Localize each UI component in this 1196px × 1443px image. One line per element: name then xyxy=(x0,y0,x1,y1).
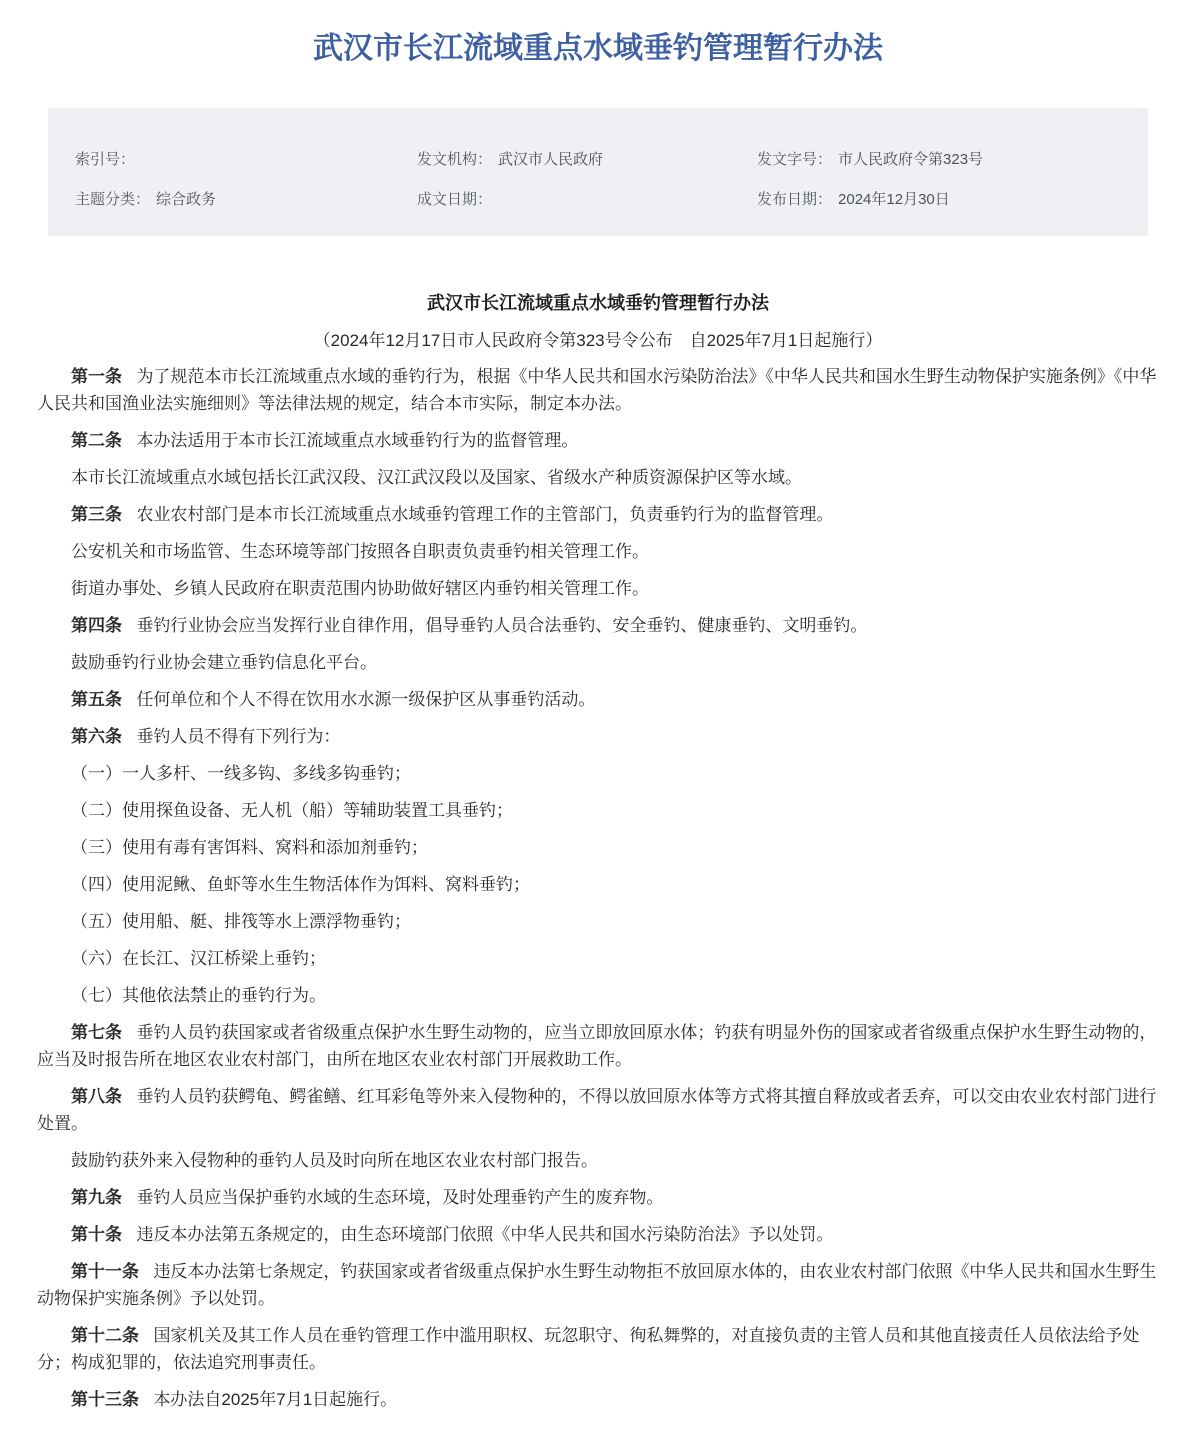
article-text: 本办法自2025年7月1日起施行。 xyxy=(153,1390,397,1409)
article-paragraph: 第十三条本办法自2025年7月1日起施行。 xyxy=(37,1386,1159,1413)
article-number: 第五条 xyxy=(71,690,122,709)
info-label: 发文字号： xyxy=(757,151,832,168)
article-text: （五）使用船、艇、排筏等水上漂浮物垂钓； xyxy=(71,912,411,931)
info-label: 成文日期： xyxy=(417,191,492,208)
article-text: 本办法适用于本市长江流域重点水域垂钓行为的监督管理。 xyxy=(136,431,578,450)
article-text: 国家机关及其工作人员在垂钓管理工作中滥用职权、玩忽职守、徇私舞弊的，对直接负责的… xyxy=(37,1326,1139,1372)
article-text: 垂钓人员钓获国家或者省级重点保护水生野生动物的，应当立即放回原水体；钓获有明显外… xyxy=(37,1023,1156,1069)
article-text: （七）其他依法禁止的垂钓行为。 xyxy=(71,986,326,1005)
article-text: 任何单位和个人不得在饮用水水源一级保护区从事垂钓活动。 xyxy=(136,690,595,709)
article-number: 第三条 xyxy=(71,505,122,524)
article-text: 违反本办法第五条规定的，由生态环境部门依照《中华人民共和国水污染防治法》予以处罚… xyxy=(136,1225,833,1244)
info-field: 索引号： xyxy=(75,150,417,170)
article-paragraph: 第一条为了规范本市长江流域重点水域的垂钓行为，根据《中华人民共和国水污染防治法》… xyxy=(37,363,1159,417)
info-value: 综合政务 xyxy=(156,191,216,208)
article-text: 垂钓行业协会应当发挥行业自律作用，倡导垂钓人员合法垂钓、安全垂钓、健康垂钓、文明… xyxy=(136,616,867,635)
article-paragraph: 第十二条国家机关及其工作人员在垂钓管理工作中滥用职权、玩忽职守、徇私舞弊的，对直… xyxy=(37,1322,1159,1376)
article-text: 违反本办法第七条规定，钓获国家或者省级重点保护水生野生动物拒不放回原水体的，由农… xyxy=(37,1262,1156,1308)
info-label: 主题分类： xyxy=(75,191,150,208)
info-field: 发文机构：武汉市人民政府 xyxy=(417,150,757,170)
info-label: 索引号： xyxy=(75,151,135,168)
doc-info-panel: 索引号： 发文机构：武汉市人民政府 发文字号：市人民政府令第323号 主题分类：… xyxy=(48,108,1148,236)
article-text: （六）在长江、汉江桥梁上垂钓； xyxy=(71,949,326,968)
info-field: 发布日期：2024年12月30日 xyxy=(757,190,1122,210)
article-text: 鼓励垂钓行业协会建立垂钓信息化平台。 xyxy=(71,653,377,672)
info-value: 2024年12月30日 xyxy=(838,191,950,208)
article-paragraph: 公安机关和市场监管、生态环境等部门按照各自职责负责垂钓相关管理工作。 xyxy=(37,538,1159,565)
article-paragraph: （二）使用探鱼设备、无人机（船）等辅助装置工具垂钓； xyxy=(37,797,1159,824)
article-number: 第二条 xyxy=(71,431,122,450)
article-number: 第十条 xyxy=(71,1225,122,1244)
page-title: 武汉市长江流域重点水域垂钓管理暂行办法 xyxy=(0,28,1196,70)
info-field: 成文日期： xyxy=(417,190,757,210)
article-paragraph: 第八条垂钓人员钓获鳄龟、鳄雀鳝、红耳彩龟等外来入侵物种的，不得以放回原水体等方式… xyxy=(37,1083,1159,1137)
article-text: 垂钓人员不得有下列行为： xyxy=(136,727,340,746)
article-text: 垂钓人员钓获鳄龟、鳄雀鳝、红耳彩龟等外来入侵物种的，不得以放回原水体等方式将其擅… xyxy=(37,1087,1156,1133)
article-list: 第一条为了规范本市长江流域重点水域的垂钓行为，根据《中华人民共和国水污染防治法》… xyxy=(37,363,1159,1413)
article-paragraph: 第六条垂钓人员不得有下列行为： xyxy=(37,723,1159,750)
article-paragraph: （六）在长江、汉江桥梁上垂钓； xyxy=(37,945,1159,972)
article-number: 第一条 xyxy=(71,367,122,386)
article-number: 第十二条 xyxy=(71,1326,139,1345)
article-text: 街道办事处、乡镇人民政府在职责范围内协助做好辖区内垂钓相关管理工作。 xyxy=(71,579,649,598)
article-number: 第十三条 xyxy=(71,1390,139,1409)
info-field: 主题分类：综合政务 xyxy=(75,190,417,210)
article-paragraph: 第三条农业农村部门是本市长江流域重点水域垂钓管理工作的主管部门，负责垂钓行为的监… xyxy=(37,501,1159,528)
article-paragraph: 第九条垂钓人员应当保护垂钓水域的生态环境，及时处理垂钓产生的废弃物。 xyxy=(37,1184,1159,1211)
article-paragraph: （三）使用有毒有害饵料、窝料和添加剂垂钓； xyxy=(37,834,1159,861)
article-paragraph: 第七条垂钓人员钓获国家或者省级重点保护水生野生动物的，应当立即放回原水体；钓获有… xyxy=(37,1019,1159,1073)
article-number: 第四条 xyxy=(71,616,122,635)
article-text: 农业农村部门是本市长江流域重点水域垂钓管理工作的主管部门，负责垂钓行为的监督管理… xyxy=(136,505,833,524)
article-paragraph: 鼓励钓获外来入侵物种的垂钓人员及时向所在地区农业农村部门报告。 xyxy=(37,1147,1159,1174)
article-text: （三）使用有毒有害饵料、窝料和添加剂垂钓； xyxy=(71,838,428,857)
article-paragraph: （四）使用泥鳅、鱼虾等水生生物活体作为饵料、窝料垂钓； xyxy=(37,871,1159,898)
article-text: （二）使用探鱼设备、无人机（船）等辅助装置工具垂钓； xyxy=(71,801,513,820)
article-paragraph: 第五条任何单位和个人不得在饮用水水源一级保护区从事垂钓活动。 xyxy=(37,686,1159,713)
article-text: （一）一人多杆、一线多钩、多线多钩垂钓； xyxy=(71,764,411,783)
article-paragraph: 本市长江流域重点水域包括长江武汉段、汉江武汉段以及国家、省级水产种质资源保护区等… xyxy=(37,464,1159,491)
info-label: 发文机构： xyxy=(417,151,492,168)
article-number: 第九条 xyxy=(71,1188,122,1207)
promulgation-line: （2024年12月17日市人民政府令第323号令公布 自2025年7月1日起施行… xyxy=(37,327,1159,354)
article-text: （四）使用泥鳅、鱼虾等水生生物活体作为饵料、窝料垂钓； xyxy=(71,875,530,894)
info-value: 市人民政府令第323号 xyxy=(838,151,983,168)
article-paragraph: （七）其他依法禁止的垂钓行为。 xyxy=(37,982,1159,1009)
document-page: 武汉市长江流域重点水域垂钓管理暂行办法 索引号： 发文机构：武汉市人民政府 发文… xyxy=(0,0,1196,1443)
article-number: 第七条 xyxy=(71,1023,122,1042)
document-body: 武汉市长江流域重点水域垂钓管理暂行办法 （2024年12月17日市人民政府令第3… xyxy=(37,290,1159,1443)
info-label: 发布日期： xyxy=(757,191,832,208)
document-title: 武汉市长江流域重点水域垂钓管理暂行办法 xyxy=(37,290,1159,317)
info-value: 武汉市人民政府 xyxy=(498,151,603,168)
article-number: 第十一条 xyxy=(71,1262,139,1281)
article-paragraph: 街道办事处、乡镇人民政府在职责范围内协助做好辖区内垂钓相关管理工作。 xyxy=(37,575,1159,602)
article-text: 鼓励钓获外来入侵物种的垂钓人员及时向所在地区农业农村部门报告。 xyxy=(71,1151,598,1170)
article-text: 本市长江流域重点水域包括长江武汉段、汉江武汉段以及国家、省级水产种质资源保护区等… xyxy=(71,468,802,487)
article-paragraph: 鼓励垂钓行业协会建立垂钓信息化平台。 xyxy=(37,649,1159,676)
article-paragraph: 第十一条违反本办法第七条规定，钓获国家或者省级重点保护水生野生动物拒不放回原水体… xyxy=(37,1258,1159,1312)
article-number: 第八条 xyxy=(71,1087,122,1106)
article-paragraph: （一）一人多杆、一线多钩、多线多钩垂钓； xyxy=(37,760,1159,787)
article-text: 为了规范本市长江流域重点水域的垂钓行为，根据《中华人民共和国水污染防治法》《中华… xyxy=(37,367,1156,413)
article-text: 垂钓人员应当保护垂钓水域的生态环境，及时处理垂钓产生的废弃物。 xyxy=(136,1188,663,1207)
article-paragraph: （五）使用船、艇、排筏等水上漂浮物垂钓； xyxy=(37,908,1159,935)
info-field: 发文字号：市人民政府令第323号 xyxy=(757,150,1122,170)
article-number: 第六条 xyxy=(71,727,122,746)
article-paragraph: 第十条违反本办法第五条规定的，由生态环境部门依照《中华人民共和国水污染防治法》予… xyxy=(37,1221,1159,1248)
doc-info-grid: 索引号： 发文机构：武汉市人民政府 发文字号：市人民政府令第323号 主题分类：… xyxy=(75,150,1122,210)
article-paragraph: 第二条本办法适用于本市长江流域重点水域垂钓行为的监督管理。 xyxy=(37,427,1159,454)
article-paragraph: 第四条垂钓行业协会应当发挥行业自律作用，倡导垂钓人员合法垂钓、安全垂钓、健康垂钓… xyxy=(37,612,1159,639)
article-text: 公安机关和市场监管、生态环境等部门按照各自职责负责垂钓相关管理工作。 xyxy=(71,542,649,561)
